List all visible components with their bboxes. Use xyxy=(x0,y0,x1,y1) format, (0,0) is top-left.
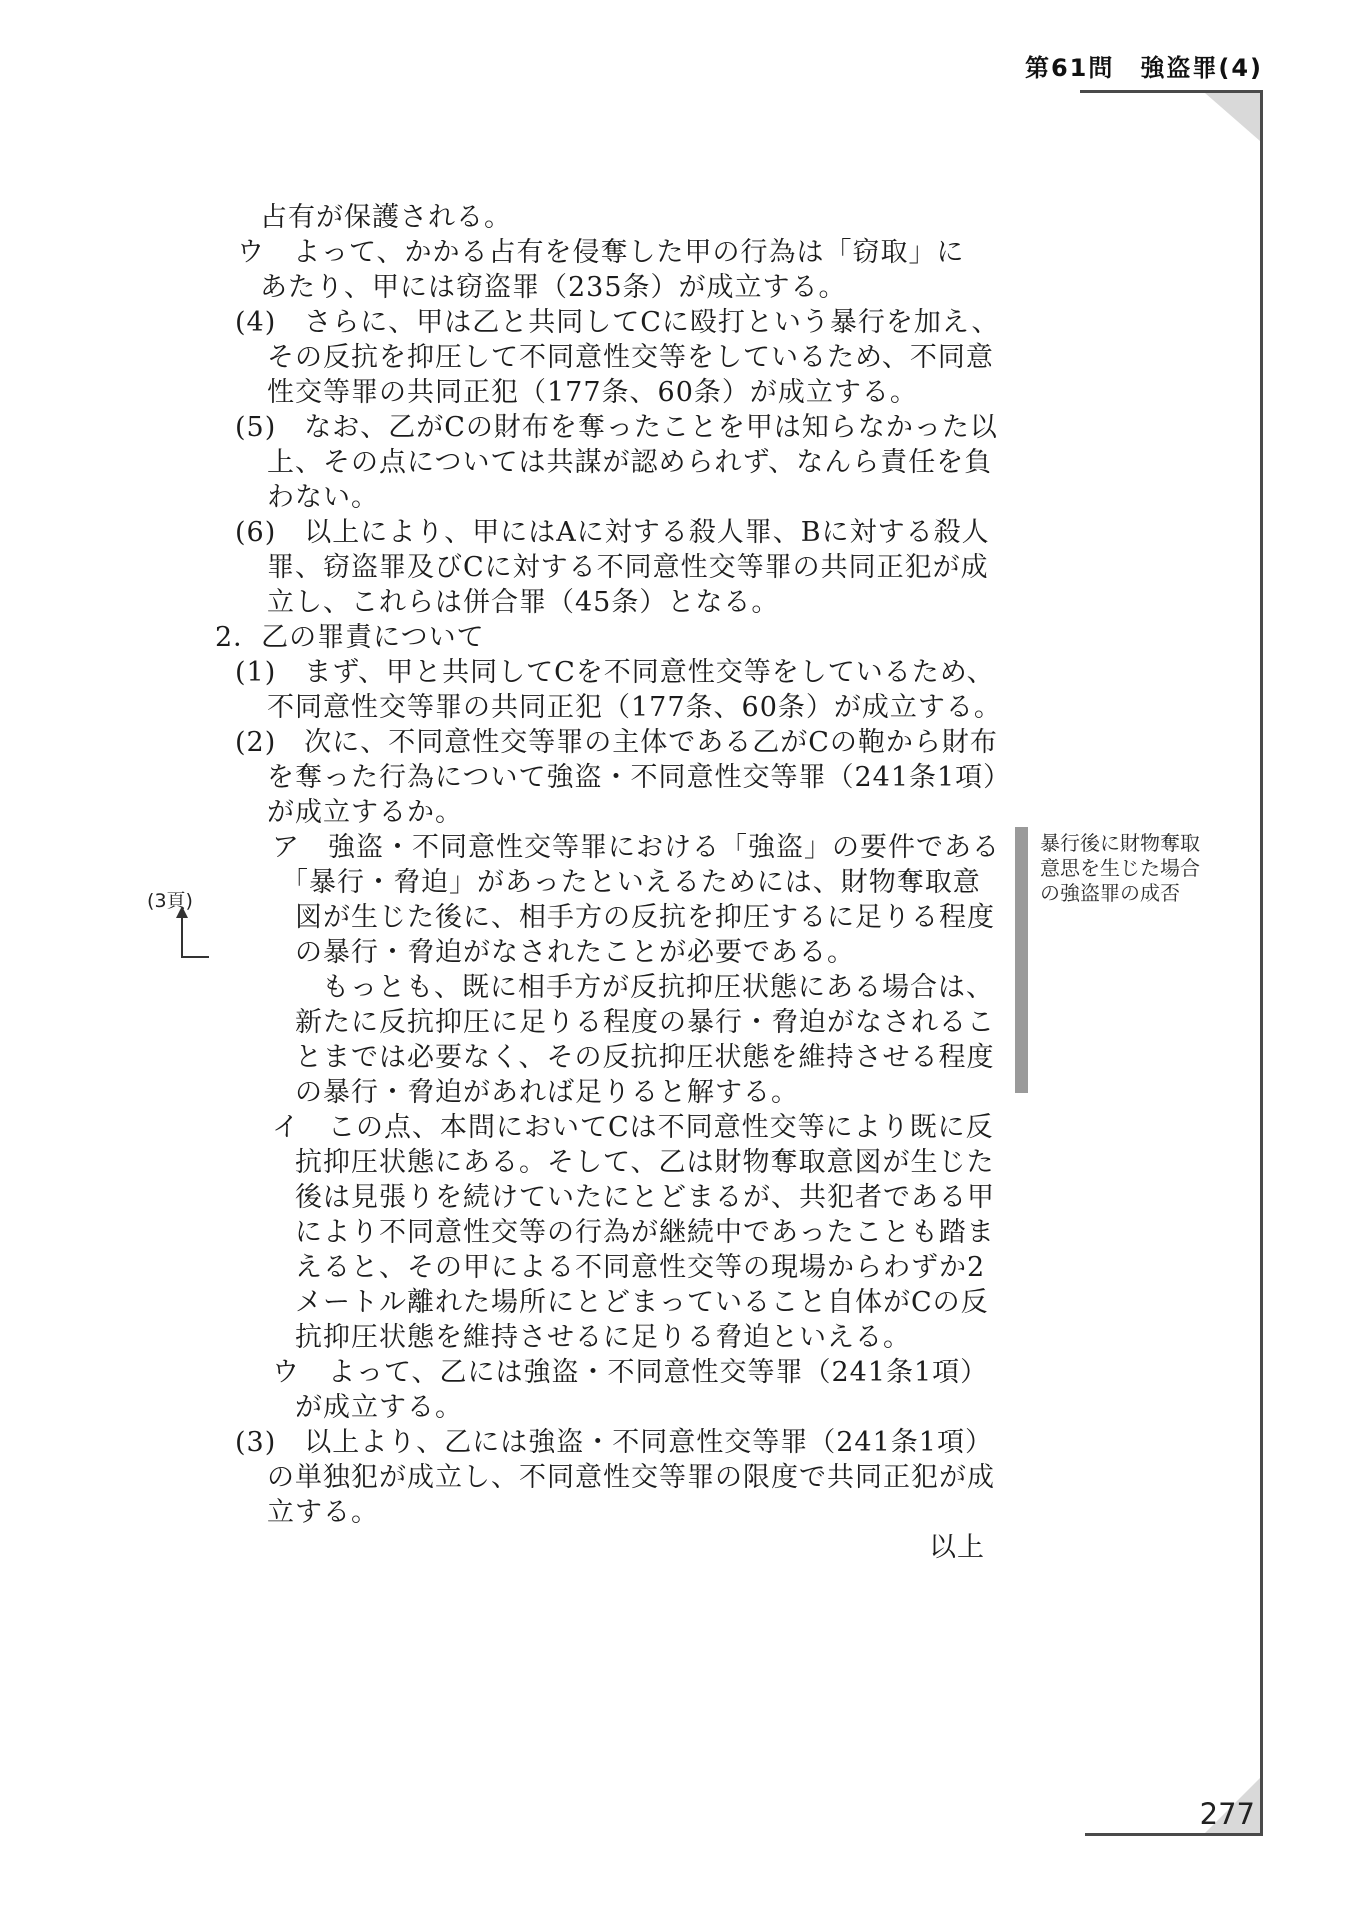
body-line: 2．乙の罪責について xyxy=(170,620,1030,655)
body-line: 性交等罪の共同正犯（177条、60条）が成立する。 xyxy=(170,375,1030,410)
body-line: もっとも、既に相手方が反抗抑圧状態にある場合は、 xyxy=(170,970,1030,1005)
body-line: が成立する。 xyxy=(170,1390,1030,1425)
frame-right-line xyxy=(1260,90,1263,1836)
side-note: 暴行後に財物奪取意思を生じた場合の強盗罪の成否 xyxy=(1040,831,1230,906)
body-line: 「暴行・脅迫」があったといえるためには、財物奪取意 xyxy=(170,865,1030,900)
body-line: 立し、これらは併合罪（45条）となる。 xyxy=(170,585,1030,620)
body-line: により不同意性交等の行為が継続中であったことも踏ま xyxy=(170,1215,1030,1250)
body-line: の単独犯が成立し、不同意性交等罪の限度で共同正犯が成 xyxy=(170,1460,1030,1495)
body-line: (2) 次に、不同意性交等罪の主体である乙がCの鞄から財布 xyxy=(170,725,1030,760)
body-line: ア 強盗・不同意性交等罪における「強盗」の要件である xyxy=(170,830,1030,865)
body-text: 占有が保護される。ウ よって、かかる占有を侵奪した甲の行為は「窃取」にあたり、甲… xyxy=(170,200,1030,1565)
side-note-line: 意思を生じた場合 xyxy=(1040,856,1230,881)
side-note-bar xyxy=(1015,827,1028,1093)
side-note-line: 暴行後に財物奪取 xyxy=(1040,831,1230,856)
body-line: その反抗を抑圧して不同意性交等をしているため、不同意 xyxy=(170,340,1030,375)
body-line: (6) 以上により、甲にはAに対する殺人罪、Bに対する殺人 xyxy=(170,515,1030,550)
page-number: 277 xyxy=(1200,1797,1255,1831)
body-line: イ この点、本問においてCは不同意性交等により既に反 xyxy=(170,1110,1030,1145)
page-header-title: 第61問 強盗罪(4) xyxy=(1025,48,1263,83)
body-line: 抗抑圧状態を維持させるに足りる脅迫といえる。 xyxy=(170,1320,1030,1355)
body-line: 以上 xyxy=(170,1530,1030,1565)
body-line: (5) なお、乙がCの財布を奪ったことを甲は知らなかった以 xyxy=(170,410,1030,445)
margin-arrow-stem xyxy=(181,916,183,958)
body-line: (3) 以上より、乙には強盗・不同意性交等罪（241条1項） xyxy=(170,1425,1030,1460)
body-line: 占有が保護される。 xyxy=(170,200,1030,235)
body-line: ウ よって、乙には強盗・不同意性交等罪（241条1項） xyxy=(170,1355,1030,1390)
body-line: 図が生じた後に、相手方の反抗を抑圧するに足りる程度 xyxy=(170,900,1030,935)
body-line: 後は見張りを続けていたにとどまるが、共犯者である甲 xyxy=(170,1180,1030,1215)
margin-arrow-foot xyxy=(181,956,209,958)
body-line: 上、その点については共謀が認められず、なんら責任を負 xyxy=(170,445,1030,480)
margin-page-ref: (3頁) xyxy=(130,886,210,913)
body-line: 罪、窃盗罪及びCに対する不同意性交等罪の共同正犯が成 xyxy=(170,550,1030,585)
body-line: メートル離れた場所にとどまっていること自体がCの反 xyxy=(170,1285,1030,1320)
body-line: 不同意性交等罪の共同正犯（177条、60条）が成立する。 xyxy=(170,690,1030,725)
body-line: (1) まず、甲と共同してCを不同意性交等をしているため、 xyxy=(170,655,1030,690)
body-line: を奪った行為について強盗・不同意性交等罪（241条1項） xyxy=(170,760,1030,795)
body-line: えると、その甲による不同意性交等の現場からわずか2 xyxy=(170,1250,1030,1285)
frame-bottom-line xyxy=(1085,1833,1263,1836)
body-line: の暴行・脅迫がなされたことが必要である。 xyxy=(170,935,1030,970)
frame-top-corner-triangle xyxy=(1205,93,1260,141)
body-line: あたり、甲には窃盗罪（235条）が成立する。 xyxy=(170,270,1030,305)
body-line: (4) さらに、甲は乙と共同してCに殴打という暴行を加え、 xyxy=(170,305,1030,340)
textbook-page: 第61問 強盗罪(4) 占有が保護される。ウ よって、かかる占有を侵奪した甲の行… xyxy=(0,0,1350,1920)
body-line: 立する。 xyxy=(170,1495,1030,1530)
body-line: とまでは必要なく、その反抗抑圧状態を維持させる程度 xyxy=(170,1040,1030,1075)
body-line: ウ よって、かかる占有を侵奪した甲の行為は「窃取」に xyxy=(170,235,1030,270)
side-note-line: の強盗罪の成否 xyxy=(1040,881,1230,906)
body-line: が成立するか。 xyxy=(170,795,1030,830)
body-line: の暴行・脅迫があれば足りると解する。 xyxy=(170,1075,1030,1110)
body-line: 新たに反抗抑圧に足りる程度の暴行・脅迫がなされるこ xyxy=(170,1005,1030,1040)
body-line: わない。 xyxy=(170,480,1030,515)
body-line: 抗抑圧状態にある。そして、乙は財物奪取意図が生じた xyxy=(170,1145,1030,1180)
